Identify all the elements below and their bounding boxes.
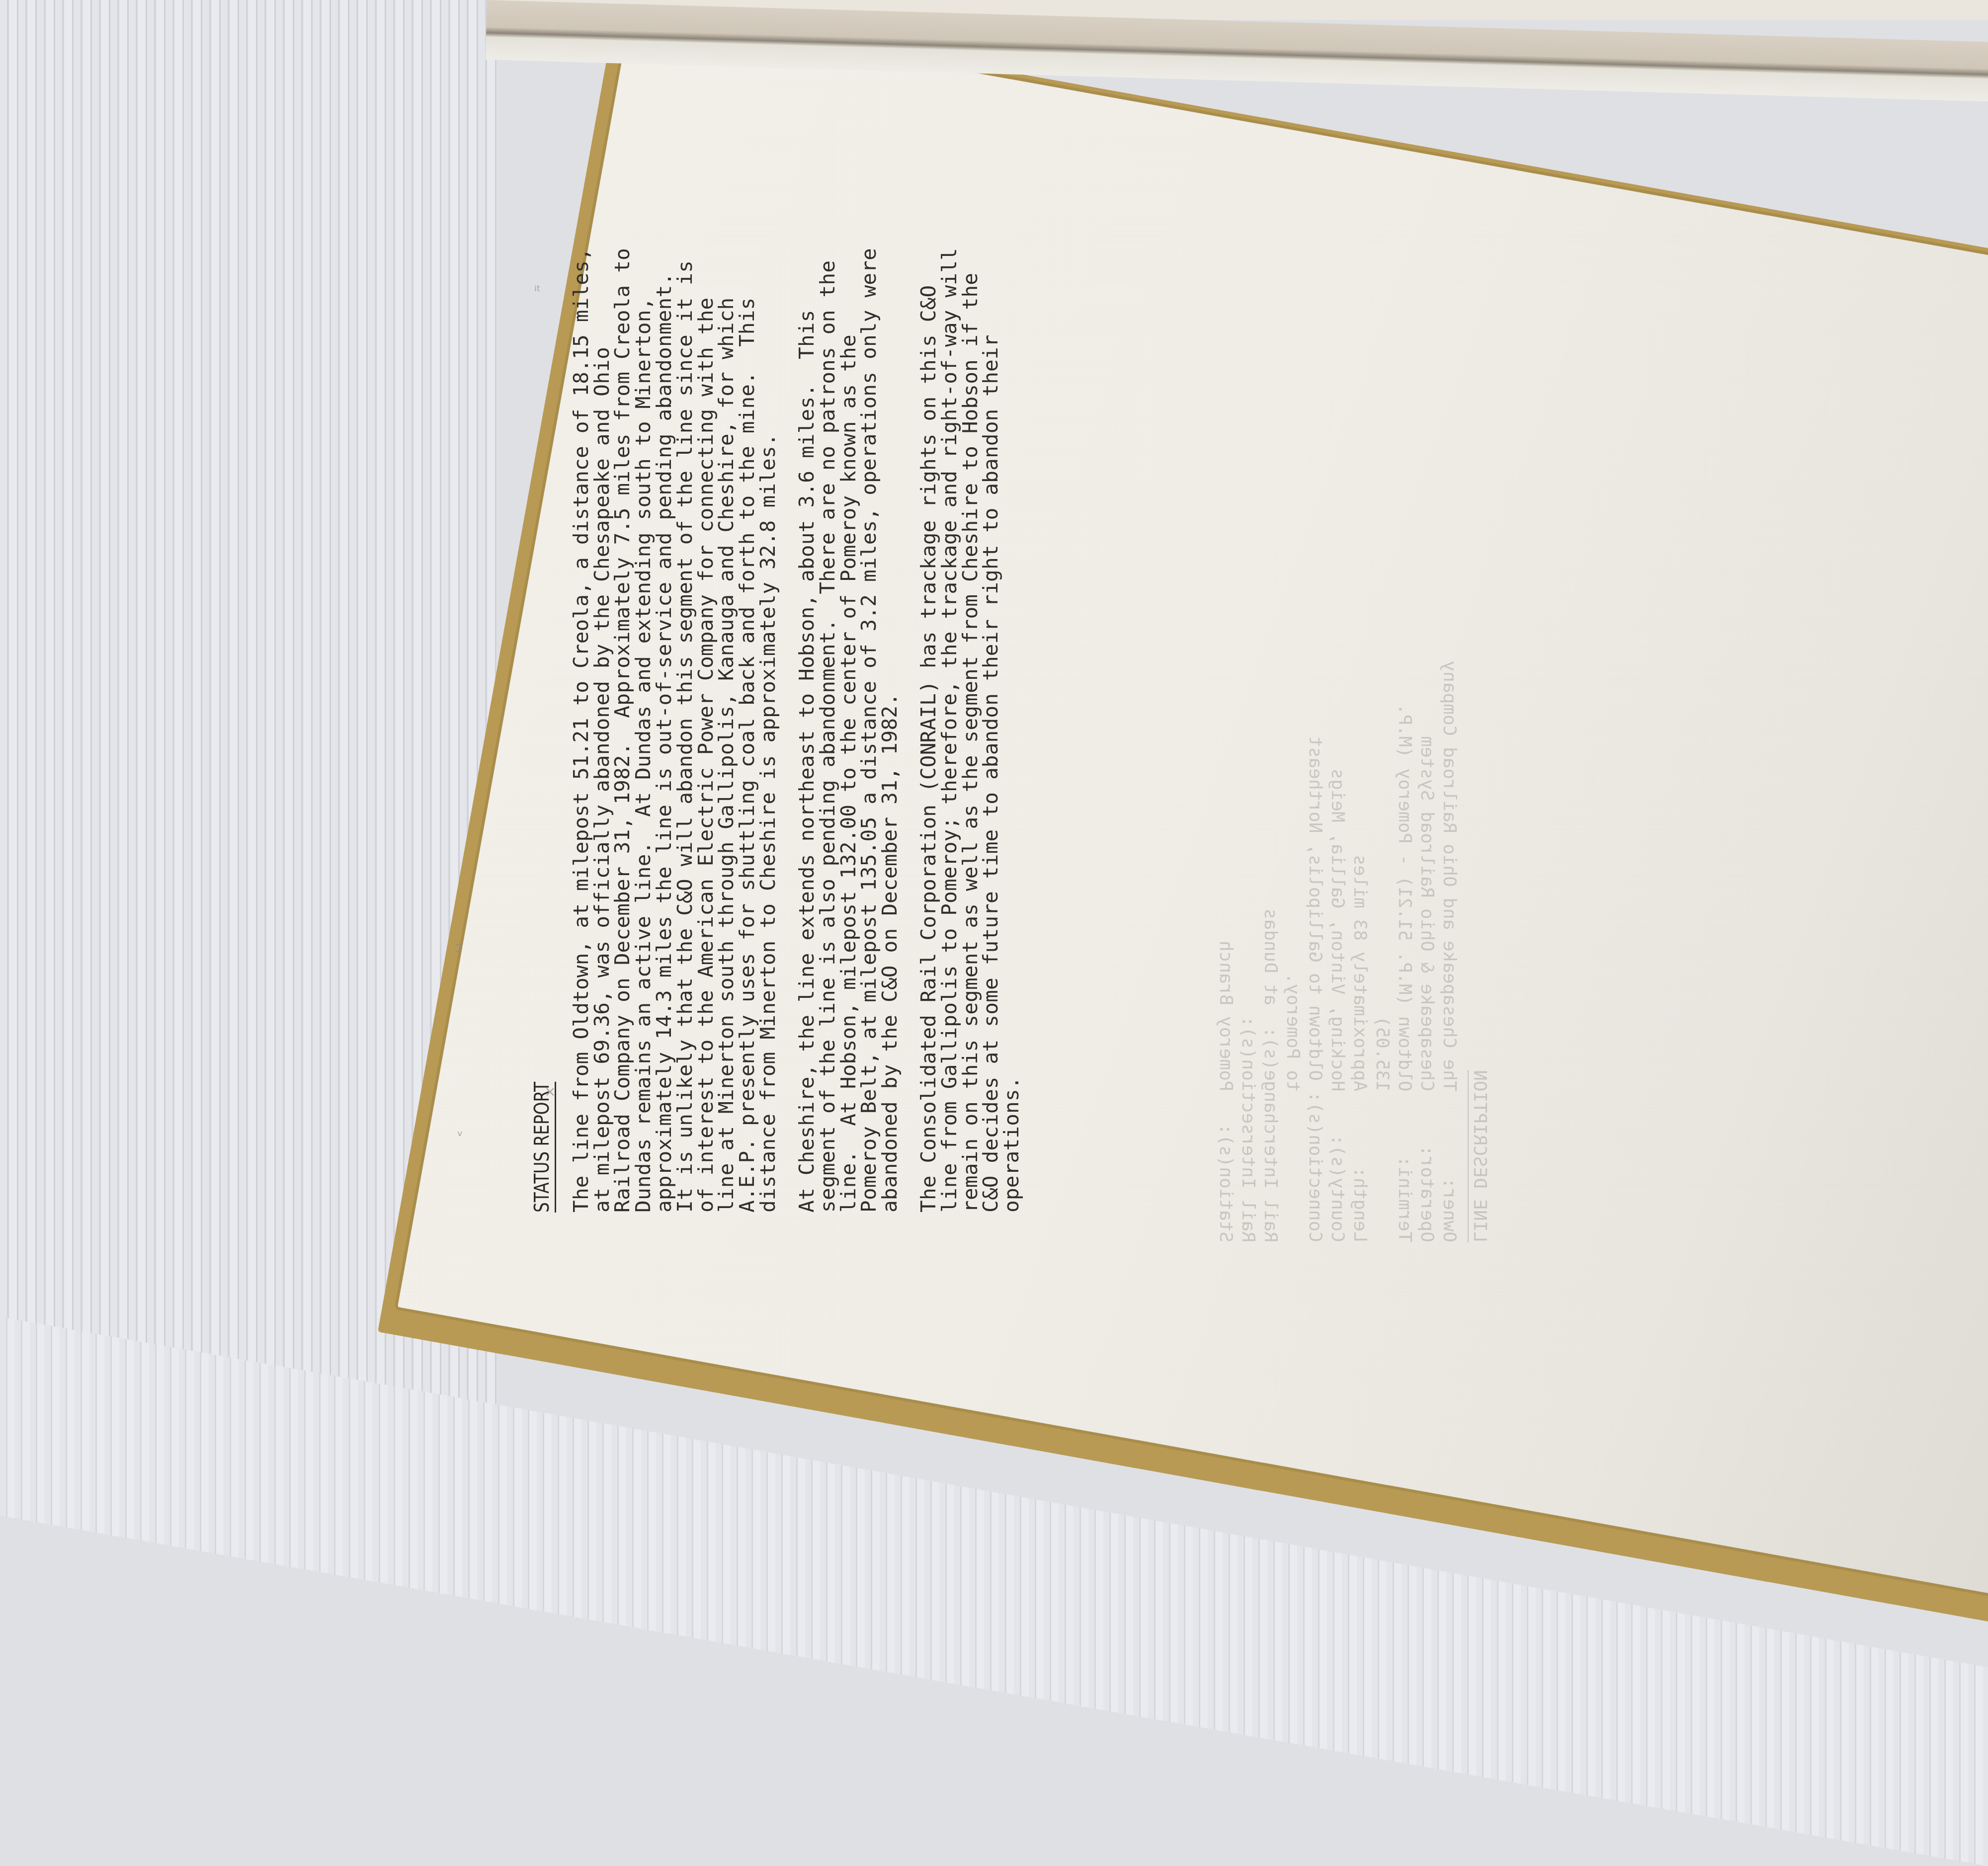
text-line: Pomeroy Belt, at milepost 135.05 a dista… [859, 10, 880, 1213]
text-line: operations. [1001, 10, 1022, 1213]
bleed-line: Termini: Oldtown (M.P. 51.21) - Pomeroy … [1394, 248, 1416, 1242]
text-line: at milepost 69.36, was officially abando… [592, 10, 613, 1213]
text-line: abandoned by the C&O on December 31, 198… [880, 10, 901, 1213]
text-line: line at Minerton south through Gallipoli… [716, 10, 737, 1213]
bleed-line: Rail Interchange(s): at Dundas [1259, 248, 1282, 1242]
paragraph-conrail: The Consolidated Rail Corporation (CONRA… [918, 10, 1022, 1213]
bleed-line: 135.05) [1371, 248, 1394, 1242]
margin-mark: ɔ [455, 939, 462, 956]
bleed-heading: LINE DESCRIPTION [1468, 1070, 1491, 1242]
text-line: The Consolidated Rail Corporation (CONRA… [918, 10, 939, 1213]
paragraph-cheshire-hobson: At Cheshire, the line extends northeast … [797, 10, 901, 1213]
bleed-line: County(s): Hocking, Vinton, Gallia, Meig… [1326, 248, 1349, 1242]
document-title: STATUS REPORT [532, 1082, 556, 1213]
text-line: Dundas remains an active line. At Dundas… [633, 10, 654, 1213]
bleed-line: to Pomeroy. [1282, 248, 1304, 1242]
bleed-lines: Owner: The Chesapeake and Ohio Railroad … [1215, 248, 1461, 1242]
text-line: It is unlikely that the C&O will abandon… [675, 10, 696, 1213]
bleed-line: Operator: Chesapeake & Ohio Railroad Sys… [1416, 248, 1438, 1242]
text-line: segment of the line is also pending aban… [818, 10, 838, 1213]
text-line: C&O decides at some future time to aband… [981, 10, 1001, 1213]
text-line: remain on this segment as well as the se… [960, 10, 981, 1213]
reverse-page-bleed-through: LINE DESCRIPTION Owner: The Chesapeake a… [1215, 248, 1491, 1242]
text-line: line from Gallipolis to Pomeroy; therefo… [939, 10, 960, 1213]
bleed-line: Length: Approximately 83 miles [1349, 248, 1371, 1242]
text-line: The line from Oldtown, at milepost 51.21… [571, 10, 592, 1213]
status-report-document: STATUS REPORT The line from Oldtown, at … [532, 10, 1040, 1213]
bleed-line: Owner: The Chesapeake and Ohio Railroad … [1438, 248, 1461, 1242]
text-line: of interest to the American Electric Pow… [696, 10, 717, 1213]
bleed-line: Station(s): Pomeroy Branch [1215, 248, 1237, 1242]
text-line: distance from Minerton to Cheshire is ap… [758, 10, 779, 1213]
paragraph-oldtown-creola: The line from Oldtown, at milepost 51.21… [571, 10, 779, 1213]
text-line: approximately 14.3 miles the line is out… [654, 10, 675, 1213]
text-line: A.E.P. presently uses for shuttling coal… [737, 10, 758, 1213]
margin-mark: ᵥ [457, 1123, 463, 1139]
text-line: Railroad Company on December 31, 1982. A… [612, 10, 633, 1213]
bleed-line: Rail Intersection(s): [1237, 248, 1259, 1242]
bleed-line: Connection(s): Oldtown to Gallipolis, No… [1304, 248, 1326, 1242]
text-line: line. At Hobson, milepost 132.00 to the … [838, 10, 859, 1213]
text-line: At Cheshire, the line extends northeast … [797, 10, 818, 1213]
